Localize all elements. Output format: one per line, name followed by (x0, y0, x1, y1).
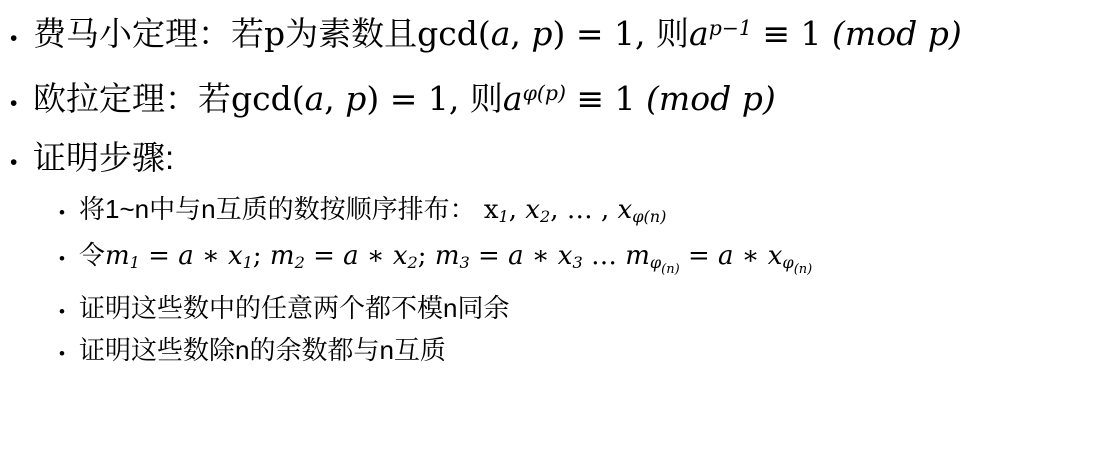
text-segment-rm: , (510, 14, 531, 53)
text-segment-rm: , (509, 195, 526, 225)
text-segment-it: x (228, 241, 243, 271)
text-segment-it: m (435, 241, 460, 271)
text-segment-it: a (503, 79, 523, 118)
bullet-item-proof-step-4: •证明这些数除n的余数都与n互质 (0, 331, 1106, 373)
text-segment-rm: = (305, 241, 343, 271)
bullet-marker: • (59, 334, 79, 373)
text-segment-rm: gcd( (231, 79, 305, 118)
text-segment-sub: φ(n) (632, 207, 666, 226)
text-segment-it: a (343, 241, 359, 271)
bullet-marker: • (59, 292, 79, 331)
text-segment-rm: ; (418, 241, 435, 271)
text-segment-subsub: (n) (661, 262, 680, 277)
text-segment-sub: 2 (408, 253, 418, 272)
text-segment-subsub: (n) (794, 262, 813, 277)
bullet-text: 将1~n中与n互质的数按顺序排布： x1, x2, … , xφ(n) (79, 190, 666, 236)
text-segment-sub: 1 (499, 207, 509, 226)
text-segment-sub: 2 (295, 253, 305, 272)
text-segment-rm: = (470, 241, 508, 271)
text-segment-sub: 3 (459, 253, 469, 272)
text-segment-it: a (305, 79, 325, 118)
text-segment-cn: 证明这些数除n的余数都与n互质 (79, 335, 446, 365)
text-segment-cn: 欧拉定理：若 (33, 80, 231, 117)
text-segment-it: a (718, 241, 734, 271)
bullet-text: 欧拉定理：若gcd(a, p) = 1, 则aφ(p) ≡ 1 (mod p) (33, 66, 776, 126)
bullet-text: 费马小定理：若p为素数且gcd(a, p) = 1, 则ap−1 ≡ 1 (mo… (33, 1, 962, 61)
text-segment-it: x (393, 241, 408, 271)
text-segment-cn: 则 (470, 80, 503, 117)
text-segment-cn: 证明步骤: (33, 139, 174, 176)
text-segment-rm: x (476, 195, 499, 225)
text-segment-rm: p (264, 14, 285, 53)
bullet-text: 证明这些数除n的余数都与n互质 (79, 331, 446, 370)
text-segment-it: p (531, 14, 552, 53)
bullet-item-proof-step-3: •证明这些数中的任意两个都不模n同余 (0, 289, 1106, 331)
text-segment-sub: 1 (243, 253, 253, 272)
text-segment-rm: ) = 1, (553, 14, 656, 53)
text-segment-rm: … (583, 241, 626, 271)
text-segment-rm: ∗ (734, 241, 768, 271)
text-segment-it: a (508, 241, 524, 271)
text-segment-it: x (768, 241, 783, 271)
text-segment-it: x (558, 241, 573, 271)
text-segment-rm: ) = 1, (366, 79, 469, 118)
text-segment-rm: ; (253, 241, 270, 271)
text-segment-cn: 为素数且 (285, 15, 417, 52)
text-segment-rm: gcd( (417, 14, 491, 53)
text-segment-cn: 令 (79, 240, 105, 270)
text-segment-it: (mod p) (646, 79, 776, 118)
bullet-marker: • (10, 136, 33, 190)
text-segment-it: x (618, 195, 633, 225)
text-segment-it: m (625, 241, 650, 271)
bullet-marker: • (10, 77, 33, 131)
text-segment-it: (mod p) (832, 14, 962, 53)
text-segment-rm: ≡ 1 (566, 79, 646, 118)
text-segment-rm: ∗ (194, 241, 228, 271)
text-segment-rm: ≡ 1 (752, 14, 832, 53)
text-segment-cn: 将1~n中与n互质的数按顺序排布： (79, 194, 476, 224)
bullet-marker: • (10, 12, 33, 66)
text-segment-rm: = (680, 241, 718, 271)
text-segment-it: a (689, 14, 709, 53)
text-segment-it: x (525, 195, 540, 225)
bullet-text: 证明这些数中的任意两个都不模n同余 (79, 289, 509, 328)
text-segment-rm: ∗ (524, 241, 558, 271)
text-segment-it: a (491, 14, 511, 53)
bullet-item-fermat-little-theorem: •费马小定理：若p为素数且gcd(a, p) = 1, 则ap−1 ≡ 1 (m… (0, 1, 1106, 66)
text-segment-it: p (345, 79, 366, 118)
text-segment-cn: 则 (656, 15, 689, 52)
text-segment-it: a (178, 241, 194, 271)
text-segment-cn: 证明这些数中的任意两个都不模n同余 (79, 293, 509, 323)
text-segment-it: m (270, 241, 295, 271)
bullet-text: 证明步骤: (33, 131, 174, 185)
text-segment-sub: φ (650, 253, 661, 272)
bullet-item-proof-step-1: •将1~n中与n互质的数按顺序排布： x1, x2, … , xφ(n) (0, 190, 1106, 236)
text-segment-rm: , … , (550, 195, 617, 225)
bullet-item-proof-steps-heading: •证明步骤: (0, 131, 1106, 190)
text-segment-rm: = (140, 241, 178, 271)
text-segment-sub: 3 (572, 253, 582, 272)
text-segment-sub: 2 (540, 207, 550, 226)
text-segment-sub: φ (782, 253, 793, 272)
text-segment-sup: p−1 (709, 16, 752, 40)
bullet-text: 令m1 = a ∗ x1; m2 = a ∗ x2; m3 = a ∗ x3 …… (79, 236, 812, 289)
text-segment-sup: φ(p) (523, 81, 566, 105)
bullet-list: •费马小定理：若p为素数且gcd(a, p) = 1, 则ap−1 ≡ 1 (m… (0, 0, 1106, 373)
text-segment-sub: 1 (130, 253, 140, 272)
bullet-item-proof-step-2: •令m1 = a ∗ x1; m2 = a ∗ x2; m3 = a ∗ x3 … (0, 236, 1106, 289)
text-segment-rm: , (324, 79, 345, 118)
bullet-marker: • (59, 193, 79, 232)
text-segment-it: m (105, 241, 130, 271)
text-segment-rm: ∗ (359, 241, 393, 271)
bullet-marker: • (59, 239, 79, 278)
slide: •费马小定理：若p为素数且gcd(a, p) = 1, 则ap−1 ≡ 1 (m… (0, 0, 1106, 459)
text-segment-cn: 费马小定理：若 (33, 15, 264, 52)
bullet-item-euler-theorem: •欧拉定理：若gcd(a, p) = 1, 则aφ(p) ≡ 1 (mod p) (0, 66, 1106, 131)
